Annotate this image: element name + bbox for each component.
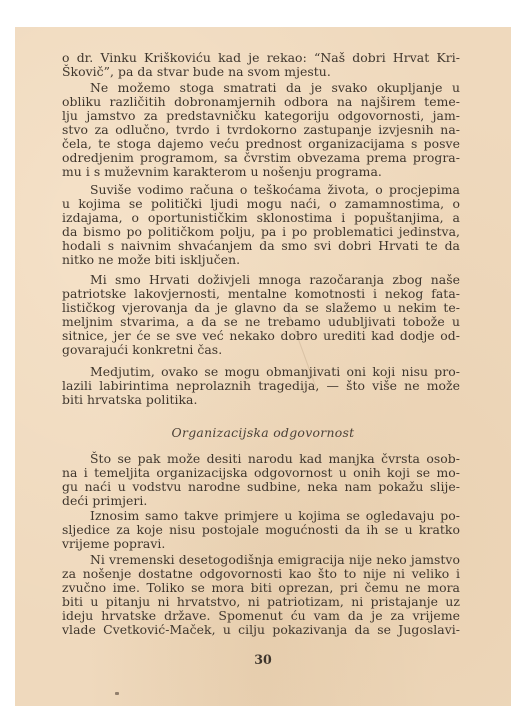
text-line: govarajući konkretni čas. (62, 342, 460, 358)
text-line: vrijeme popravi. (62, 536, 460, 552)
text-line: Škovič”, pa da stvar bude na svom mjestu… (62, 64, 460, 80)
page-number: 30 (0, 652, 526, 668)
text-line: mu i s muževnim karakterom u nošenju pro… (62, 164, 460, 180)
section-heading: Organizacijska odgovornost (0, 425, 526, 441)
text-line: biti hrvatska politika. (62, 392, 460, 408)
paper-speck (115, 692, 119, 695)
text-line: deći primjeri. (62, 493, 460, 509)
text-line: nitko ne može biti isključen. (62, 252, 460, 268)
text-line: vlade Cvetković-Maček, u cilju pokazivan… (62, 622, 460, 638)
